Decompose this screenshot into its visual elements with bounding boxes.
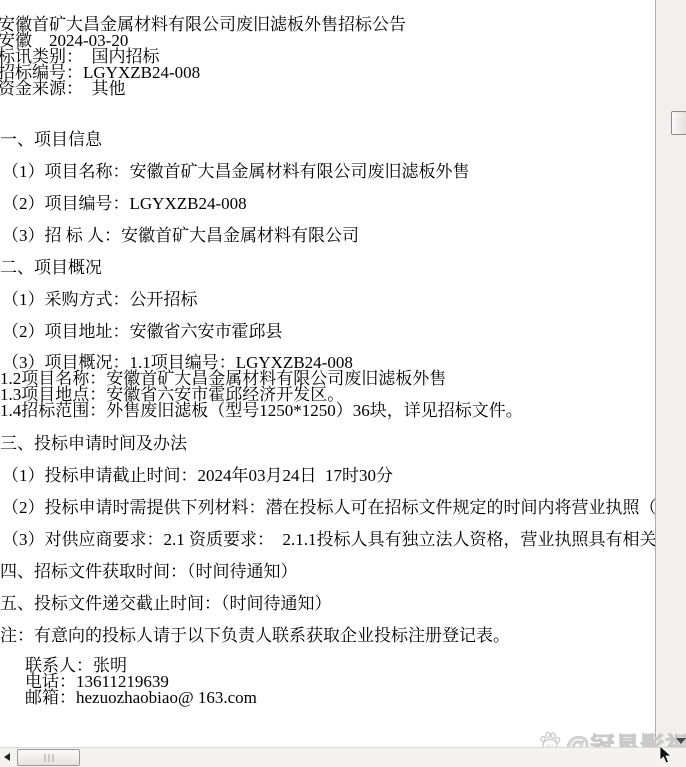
scroll-left-arrow-icon[interactable] — [4, 753, 10, 761]
sub-item-1-4: 1.4招标范围：外售废旧滤板（型号1250*1250）36块，详见招标文件。 — [0, 402, 523, 419]
note-line: 注：有意向的投标人请于以下负责人联系获取企业投标注册登记表。 — [0, 627, 510, 644]
document-content: 安徽首矿大昌金属材料有限公司废旧滤板外售招标公告 安徽 2024-03-20 标… — [0, 0, 656, 747]
item-project-no: （2）项目编号：LGYXZB24-008 — [2, 195, 247, 212]
dropdown-arrow-icon — [676, 738, 686, 744]
section-heading-3: 三、投标申请时间及办法 — [0, 435, 187, 452]
item-tenderee: （3）招 标 人：安徽首矿大昌金属材料有限公司 — [2, 227, 359, 244]
horizontal-scrollbar-track[interactable] — [0, 747, 686, 767]
grip-icon — [44, 754, 53, 762]
item-project-addr: （2）项目地址：安徽省六安市霍邱县 — [2, 323, 283, 340]
section-heading-1: 一、项目信息 — [0, 131, 102, 148]
item-procure-mode: （1）采购方式：公开招标 — [2, 291, 198, 308]
vertical-scrollbar-thumb[interactable] — [671, 111, 686, 135]
contact-email: 邮箱：hezuozhaobiao@ 163.com — [25, 689, 257, 706]
item-deadline: （1）投标申请截止时间：2024年03月24日 17时30分 — [2, 467, 393, 484]
mouse-cursor-icon — [659, 745, 672, 767]
item-materials: （2）投标申请时需提供下列材料：潜在投标人可在招标文件规定的时间内将营业执照（副… — [2, 499, 656, 516]
section-heading-5: 五、投标文件递交截止时间：（时间待通知） — [0, 595, 332, 612]
item-supplier-req: （3）对供应商要求：2.1 资质要求： 2.1.1投标人具有独立法人资格，营业执… — [2, 531, 656, 548]
meta-funding: 资金来源： 其他 — [0, 80, 126, 97]
section-heading-2: 二、项目概况 — [0, 259, 102, 276]
item-project-name: （1）项目名称：安徽首矿大昌金属材料有限公司废旧滤板外售 — [2, 163, 470, 180]
section-heading-4: 四、招标文件获取时间：（时间待通知） — [0, 563, 298, 580]
tender-announcement-page: { "document": { "header": { "title": "安徽… — [0, 0, 686, 767]
horizontal-scrollbar-thumb[interactable] — [17, 749, 80, 766]
